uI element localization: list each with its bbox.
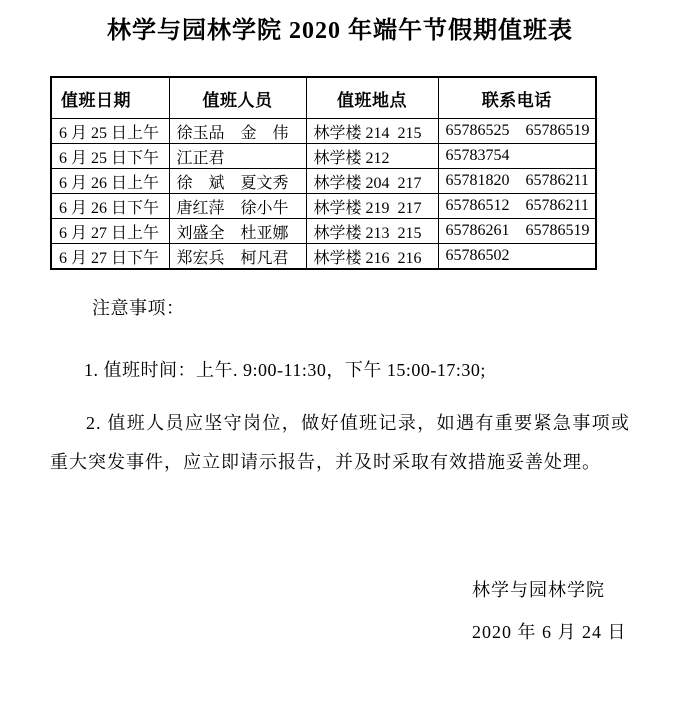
cell-date: 6 月 26 日上午 — [51, 169, 169, 194]
cell-phones: 65781820 65786211 — [438, 169, 596, 194]
cell-date: 6 月 25 日上午 — [51, 119, 169, 144]
cell-phones: 65783754 — [438, 144, 596, 169]
cell-staff: 刘盛全 杜亚娜 — [169, 219, 306, 244]
table-header-row: 值班日期 值班人员 值班地点 联系电话 — [51, 77, 596, 119]
cell-staff: 徐玉品 金 伟 — [169, 119, 306, 144]
note-item-2: 2. 值班人员应坚守岗位，做好值班记录，如遇有重要紧急事项或重大突发事件，应立即… — [50, 404, 630, 482]
table-row: 6 月 25 日下午 江正君 林学楼 212 65783754 — [51, 144, 596, 169]
cell-date: 6 月 26 日下午 — [51, 194, 169, 219]
table-row: 6 月 25 日上午 徐玉品 金 伟 林学楼 214 215 65786525 … — [51, 119, 596, 144]
page-title: 林学与园林学院 2020 年端午节假期值班表 — [0, 10, 680, 45]
signature-date: 2020 年 6 月 24 日 — [472, 618, 627, 644]
cell-phones: 65786502 — [438, 244, 596, 270]
header-duty-location: 值班地点 — [306, 77, 438, 119]
cell-location: 林学楼 213 215 — [306, 219, 438, 244]
cell-date: 6 月 27 日上午 — [51, 219, 169, 244]
signature-organization: 林学与园林学院 — [472, 576, 605, 602]
cell-phones: 65786261 65786519 — [438, 219, 596, 244]
table-row: 6 月 26 日上午 徐 斌 夏文秀 林学楼 204 217 65781820 … — [51, 169, 596, 194]
note-item-1: 1. 值班时间：上午. 9:00-11:30，下午 15:00-17:30; — [84, 356, 486, 382]
header-duty-date: 值班日期 — [51, 77, 169, 119]
cell-date: 6 月 25 日下午 — [51, 144, 169, 169]
cell-phones: 65786525 65786519 — [438, 119, 596, 144]
cell-location: 林学楼 214 215 — [306, 119, 438, 144]
cell-phones: 65786512 65786211 — [438, 194, 596, 219]
document-page: 林学与园林学院 2020 年端午节假期值班表 值班日期 值班人员 值班地点 联系… — [0, 0, 680, 708]
cell-location: 林学楼 212 — [306, 144, 438, 169]
cell-staff: 郑宏兵 柯凡君 — [169, 244, 306, 270]
cell-staff: 江正君 — [169, 144, 306, 169]
cell-location: 林学楼 219 217 — [306, 194, 438, 219]
duty-roster-table: 值班日期 值班人员 值班地点 联系电话 6 月 25 日上午 徐玉品 金 伟 林… — [50, 76, 597, 270]
header-contact-phone: 联系电话 — [438, 77, 596, 119]
cell-location: 林学楼 204 217 — [306, 169, 438, 194]
header-duty-staff: 值班人员 — [169, 77, 306, 119]
cell-staff: 徐 斌 夏文秀 — [169, 169, 306, 194]
cell-location: 林学楼 216 216 — [306, 244, 438, 270]
notes-heading: 注意事项： — [92, 294, 185, 320]
cell-staff: 唐红萍 徐小牛 — [169, 194, 306, 219]
table-row: 6 月 26 日下午 唐红萍 徐小牛 林学楼 219 217 65786512 … — [51, 194, 596, 219]
cell-date: 6 月 27 日下午 — [51, 244, 169, 270]
table-row: 6 月 27 日下午 郑宏兵 柯凡君 林学楼 216 216 65786502 — [51, 244, 596, 270]
table-row: 6 月 27 日上午 刘盛全 杜亚娜 林学楼 213 215 65786261 … — [51, 219, 596, 244]
